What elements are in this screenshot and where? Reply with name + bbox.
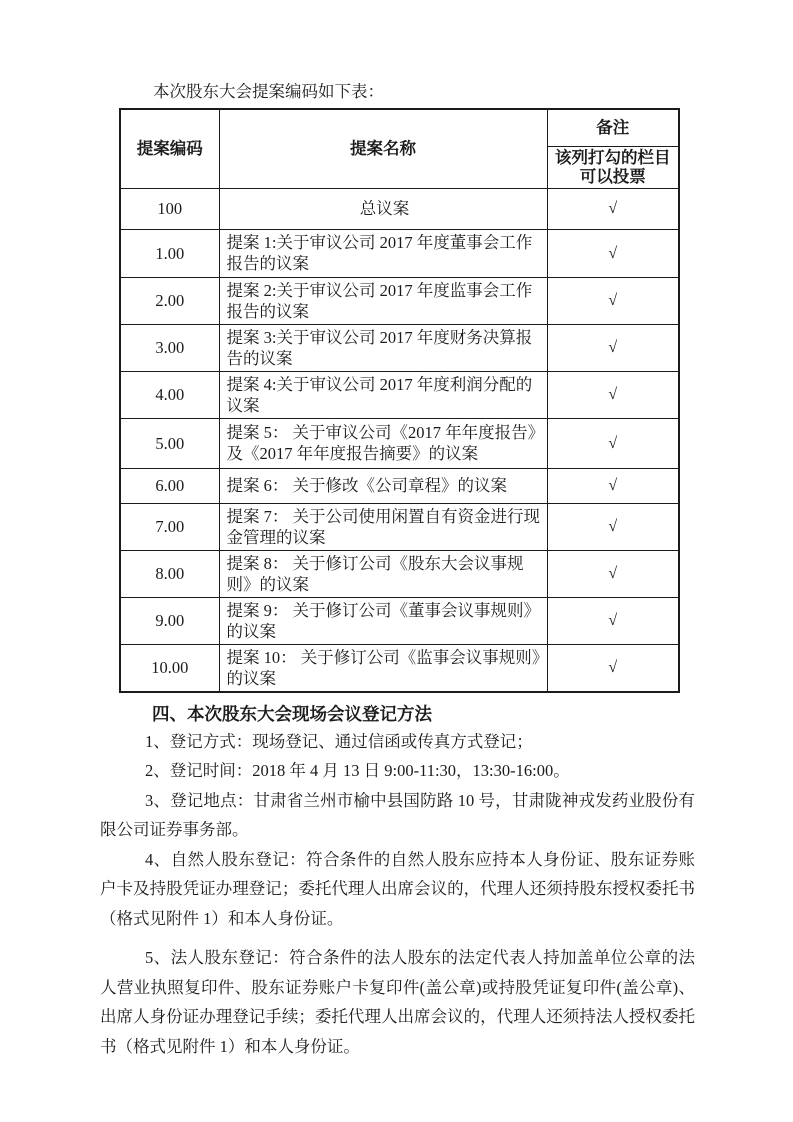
check-mark: √ — [608, 659, 617, 676]
check-mark: √ — [608, 435, 617, 452]
vote-check-cell: √ — [547, 644, 679, 692]
check-mark: √ — [608, 339, 617, 356]
proposal-table: 提案编码 提案名称 备注 该列打勾的栏目可以投票 100总议案√1.00提案 1… — [119, 108, 680, 693]
proposal-code-cell: 4.00 — [120, 371, 219, 418]
check-mark: √ — [608, 245, 617, 262]
proposal-name-cell: 提案 6： 关于修改《公司章程》的议案 — [219, 468, 547, 503]
proposal-name-cell: 提案 1:关于审议公司 2017 年度董事会工作报告的议案 — [219, 229, 547, 277]
proposal-name-cell: 提案 8： 关于修订公司《股东大会议事规则》的议案 — [219, 550, 547, 597]
intro-line: 本次股东大会提案编码如下表： — [100, 82, 695, 101]
vote-check-cell: √ — [547, 597, 679, 644]
proposal-code-cell: 1.00 — [120, 229, 219, 277]
vote-check-cell: √ — [547, 277, 679, 324]
registration-paragraph: 5、法人股东登记：符合条件的法人股东的法定代表人持加盖单位公章的法人营业执照复印… — [100, 943, 695, 1061]
proposal-name-header: 提案名称 — [219, 109, 547, 188]
table-row: 2.00提案 2:关于审议公司 2017 年度监事会工作报告的议案√ — [120, 277, 679, 324]
check-mark: √ — [608, 477, 617, 494]
proposal-code-cell: 7.00 — [120, 503, 219, 550]
check-mark: √ — [608, 200, 617, 217]
document-content: 本次股东大会提案编码如下表： 提案编码 提案名称 备注 该列打勾的栏目可以投票 … — [100, 82, 695, 1061]
registration-paragraph: 3、登记地点：甘肃省兰州市榆中县国防路 10 号，甘肃陇神戎发药业股份有限公司证… — [100, 786, 695, 845]
vote-check-cell: √ — [547, 468, 679, 503]
proposal-name-cell: 提案 9： 关于修订公司《董事会议事规则》的议案 — [219, 597, 547, 644]
table-row: 6.00提案 6： 关于修改《公司章程》的议案√ — [120, 468, 679, 503]
check-mark: √ — [608, 292, 617, 309]
proposal-table-body: 100总议案√1.00提案 1:关于审议公司 2017 年度董事会工作报告的议案… — [120, 188, 679, 692]
document-page: 本次股东大会提案编码如下表： 提案编码 提案名称 备注 该列打勾的栏目可以投票 … — [0, 0, 793, 1122]
table-row: 10.00提案 10： 关于修订公司《监事会议事规则》的议案√ — [120, 644, 679, 692]
remark-header: 备注 — [547, 109, 679, 146]
table-row: 5.00提案 5： 关于审议公司《2017 年年度报告》及《2017 年年度报告… — [120, 418, 679, 468]
proposal-name-cell: 提案 4:关于审议公司 2017 年度利润分配的议案 — [219, 371, 547, 418]
table-row: 1.00提案 1:关于审议公司 2017 年度董事会工作报告的议案√ — [120, 229, 679, 277]
vote-check-cell: √ — [547, 503, 679, 550]
proposal-code-cell: 8.00 — [120, 550, 219, 597]
table-row: 4.00提案 4:关于审议公司 2017 年度利润分配的议案√ — [120, 371, 679, 418]
header-row-top: 提案编码 提案名称 备注 — [120, 109, 679, 146]
proposal-name-cell: 提案 5： 关于审议公司《2017 年年度报告》及《2017 年年度报告摘要》的… — [219, 418, 547, 468]
table-row: 7.00提案 7： 关于公司使用闲置自有资金进行现金管理的议案√ — [120, 503, 679, 550]
proposal-code-header: 提案编码 — [120, 109, 219, 188]
registration-paragraph: 1、登记方式：现场登记、通过信函或传真方式登记； — [100, 727, 695, 757]
check-mark: √ — [608, 386, 617, 403]
registration-paragraphs: 1、登记方式：现场登记、通过信函或传真方式登记；2、登记时间：2018 年 4 … — [100, 727, 695, 1062]
table-row: 3.00提案 3:关于审议公司 2017 年度财务决算报告的议案√ — [120, 324, 679, 371]
table-row: 100总议案√ — [120, 188, 679, 229]
table-row: 9.00提案 9： 关于修订公司《董事会议事规则》的议案√ — [120, 597, 679, 644]
proposal-code-cell: 3.00 — [120, 324, 219, 371]
vote-check-cell: √ — [547, 371, 679, 418]
vote-check-cell: √ — [547, 229, 679, 277]
registration-paragraph: 2、登记时间：2018 年 4 月 13 日 9:00-11:30，13:30-… — [100, 756, 695, 786]
proposal-name-cell: 提案 2:关于审议公司 2017 年度监事会工作报告的议案 — [219, 277, 547, 324]
remark-subheader: 该列打勾的栏目可以投票 — [547, 146, 679, 188]
vote-check-cell: √ — [547, 418, 679, 468]
proposal-table-header: 提案编码 提案名称 备注 该列打勾的栏目可以投票 — [120, 109, 679, 188]
proposal-code-cell: 6.00 — [120, 468, 219, 503]
section-heading: 四、本次股东大会现场会议登记方法 — [152, 703, 695, 725]
proposal-code-cell: 10.00 — [120, 644, 219, 692]
vote-check-cell: √ — [547, 550, 679, 597]
vote-check-cell: √ — [547, 324, 679, 371]
proposal-name-cell: 提案 10： 关于修订公司《监事会议事规则》的议案 — [219, 644, 547, 692]
check-mark: √ — [608, 518, 617, 535]
table-row: 8.00提案 8： 关于修订公司《股东大会议事规则》的议案√ — [120, 550, 679, 597]
proposal-name-cell: 总议案 — [219, 188, 547, 229]
proposal-code-cell: 9.00 — [120, 597, 219, 644]
vote-check-cell: √ — [547, 188, 679, 229]
proposal-code-cell: 2.00 — [120, 277, 219, 324]
check-mark: √ — [608, 612, 617, 629]
proposal-name-cell: 提案 3:关于审议公司 2017 年度财务决算报告的议案 — [219, 324, 547, 371]
proposal-code-cell: 5.00 — [120, 418, 219, 468]
registration-paragraph: 4、自然人股东登记：符合条件的自然人股东应持本人身份证、股东证券账户卡及持股凭证… — [100, 845, 695, 934]
proposal-code-cell: 100 — [120, 188, 219, 229]
check-mark: √ — [608, 565, 617, 582]
proposal-name-cell: 提案 7： 关于公司使用闲置自有资金进行现金管理的议案 — [219, 503, 547, 550]
